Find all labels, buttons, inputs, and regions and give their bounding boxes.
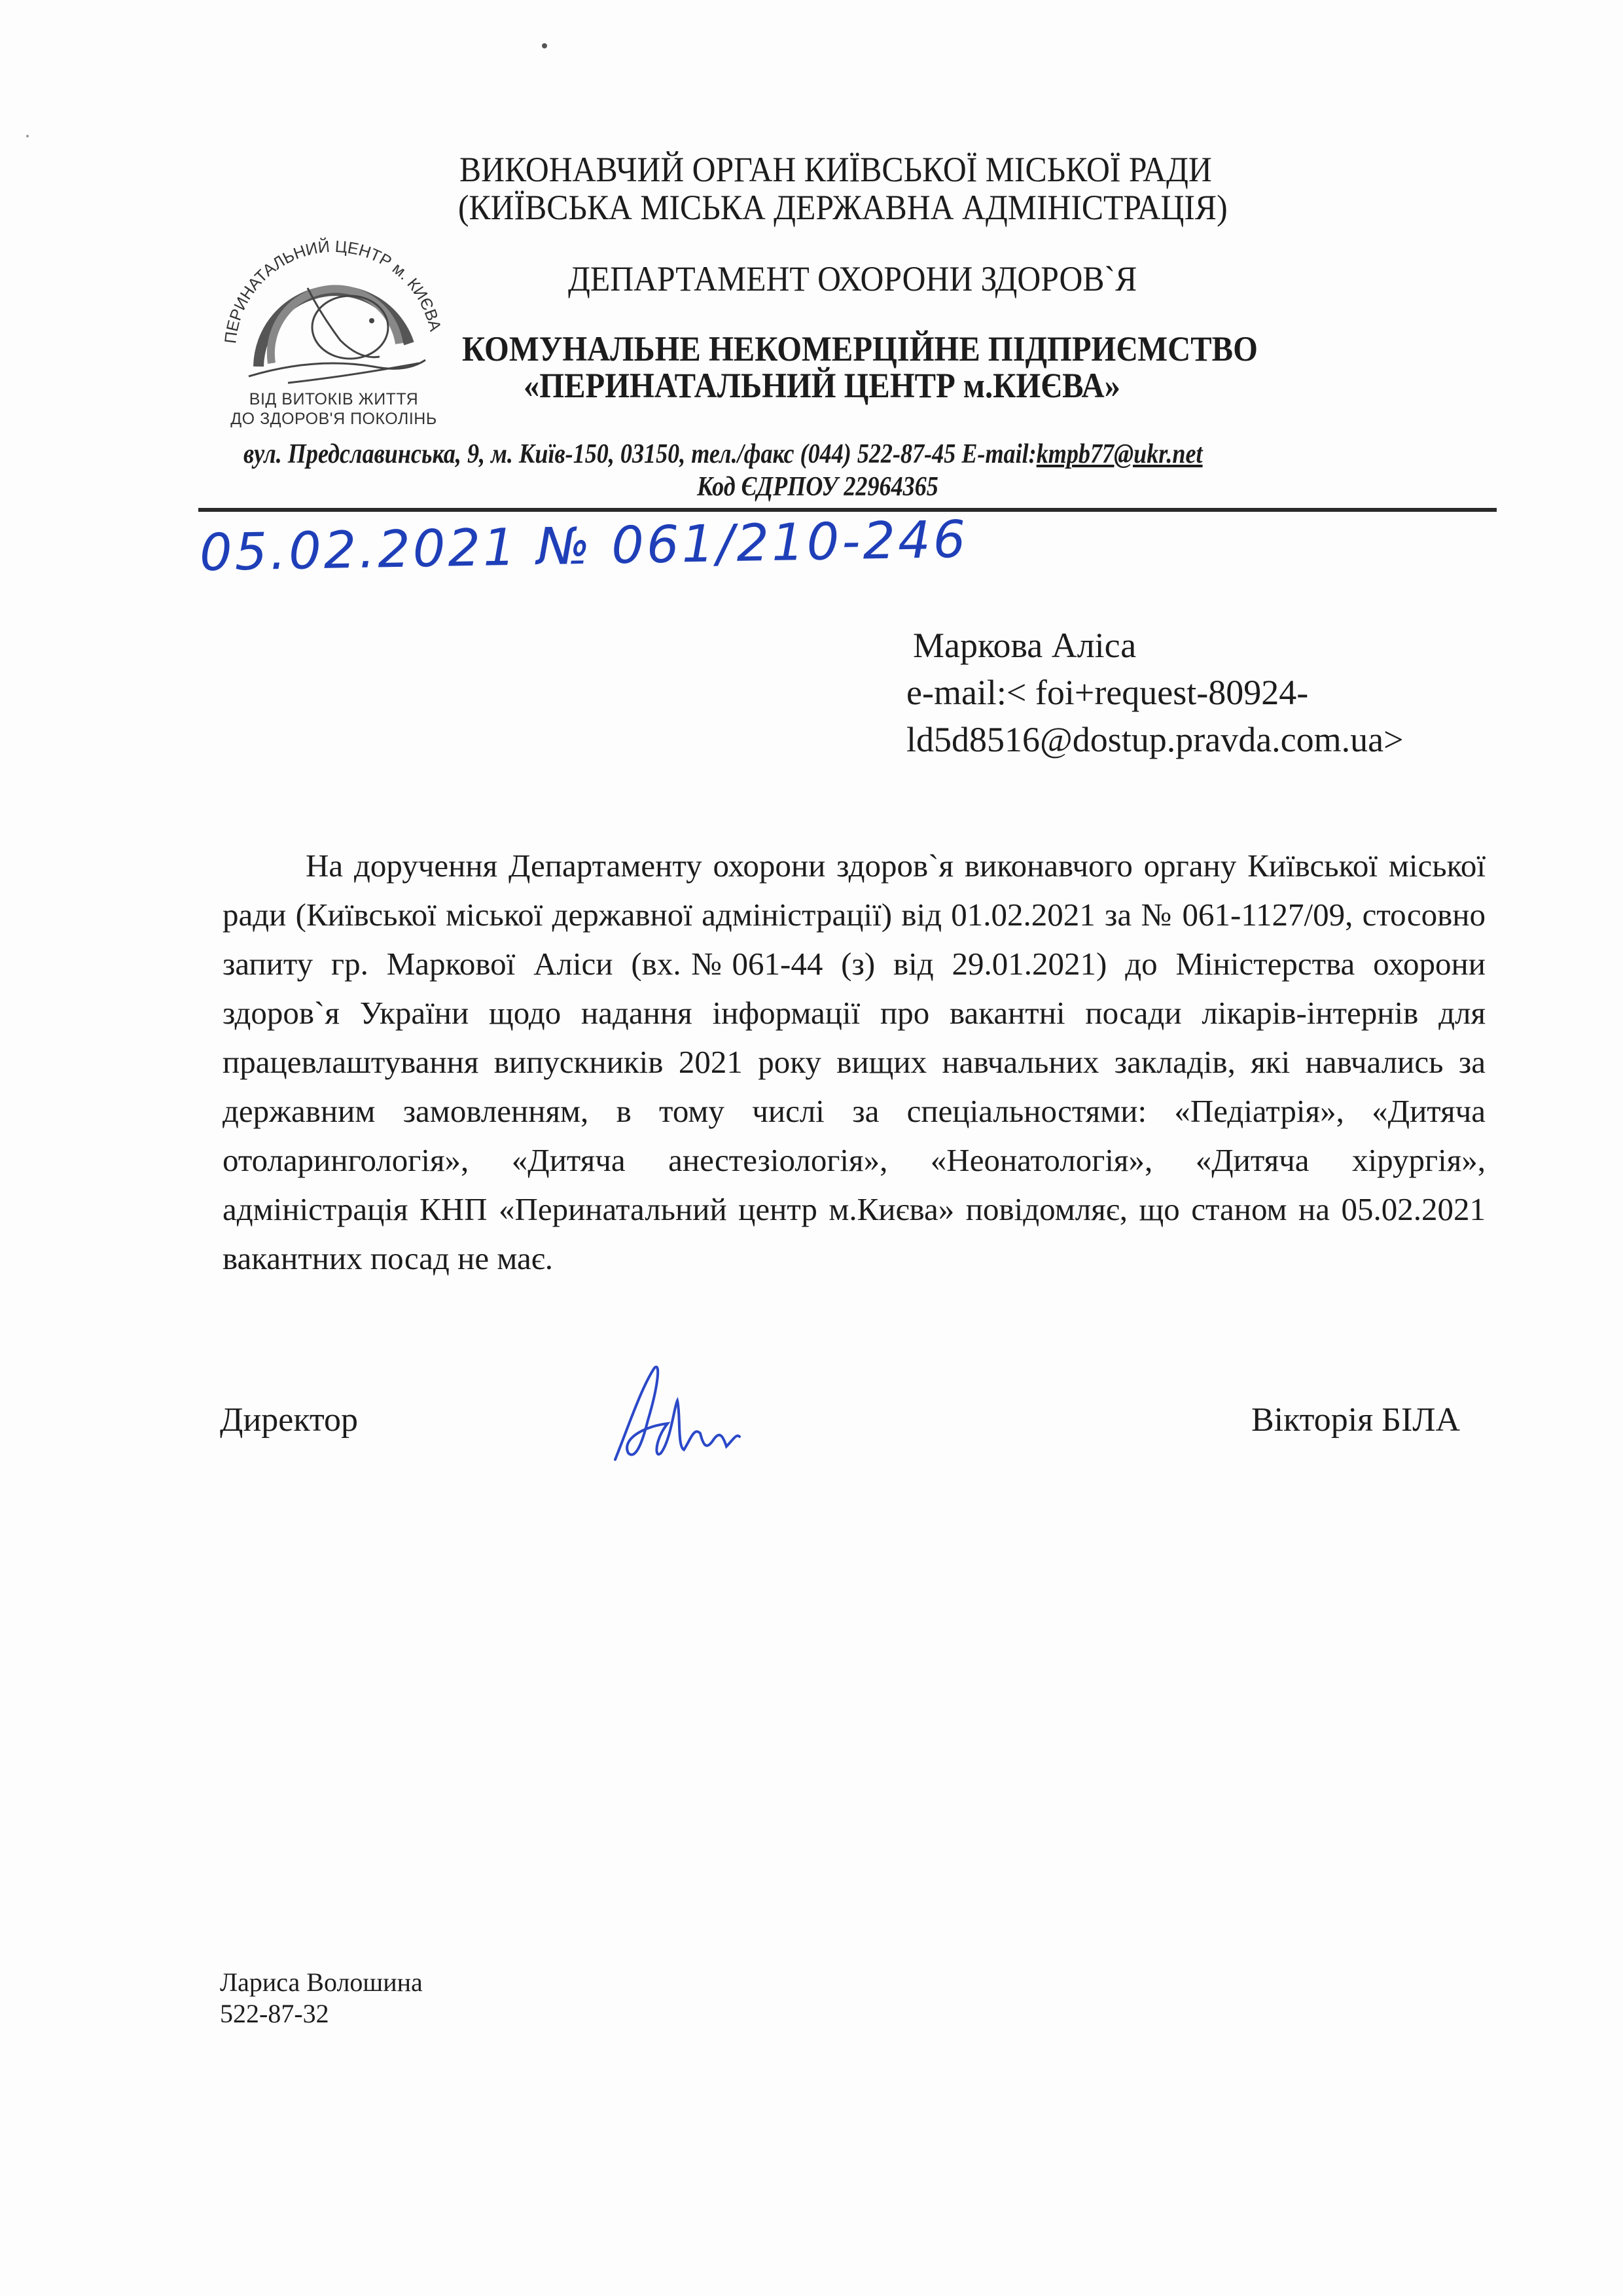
org-line2: «ПЕРИНАТАЛЬНИЙ ЦЕНТР м.КИЄВА» [524, 367, 1120, 405]
executor-block: Лариса Волошина 522-87-32 [220, 1967, 423, 2030]
signature-icon [589, 1361, 811, 1473]
scan-speck [26, 135, 29, 137]
org-email-link[interactable]: kmpb77@ukr.net [1037, 439, 1203, 469]
logo-caption-line1: ВІД ВИТОКІВ ЖИТТЯ [209, 389, 458, 409]
recipient-block: Маркова Аліса e-mail:< foi+request-80924… [906, 622, 1404, 763]
recipient-name: Маркова Аліса [906, 622, 1404, 669]
signatory-title: Директор [220, 1401, 358, 1439]
signatory-name: Вікторія БІЛА [1251, 1401, 1460, 1439]
logo-caption-line2: ДО ЗДОРОВ'Я ПОКОЛІНЬ [209, 409, 458, 429]
logo-caption: ВІД ВИТОКІВ ЖИТТЯ ДО ЗДОРОВ'Я ПОКОЛІНЬ [209, 389, 458, 429]
department-title: ДЕПАРТАМЕНТ ОХОРОНИ ЗДОРОВ`Я [568, 260, 1137, 298]
address-line: вул. Предславинська, 9, м. Київ-150, 031… [243, 439, 1203, 470]
edrpou-code: Код ЄДРПОУ 22964365 [697, 471, 938, 503]
registration-number: 05.02.2021 № 061/210-246 [199, 511, 969, 583]
header-line2: (КИЇВСЬКА МІСЬКА ДЕРЖАВНА АДМІНІСТРАЦІЯ) [458, 188, 1228, 227]
executor-name: Лариса Волошина [220, 1967, 423, 1998]
address-text: вул. Предславинська, 9, м. Київ-150, 031… [243, 439, 1037, 469]
recipient-email-line2: ld5d8516@dostup.pravda.com.ua> [906, 716, 1404, 763]
perinatal-center-logo-icon: ПЕРИНАТАЛЬНИЙ ЦЕНТР м. КИЄВА [209, 209, 458, 386]
logo: ПЕРИНАТАЛЬНИЙ ЦЕНТР м. КИЄВА ВІД ВИТОКІВ… [209, 209, 458, 425]
letter-body: На доручення Департаменту охорони здоров… [223, 841, 1486, 1283]
header-divider [198, 508, 1497, 512]
scan-speck [542, 43, 547, 48]
executor-phone: 522-87-32 [220, 1998, 423, 2030]
header-line1: ВИКОНАВЧИЙ ОРГАН КИЇВСЬКОЇ МІСЬКОЇ РАДИ [459, 151, 1212, 189]
recipient-email-line1: e-mail:< foi+request-80924- [906, 669, 1404, 716]
org-line1: КОМУНАЛЬНЕ НЕКОМЕРЦІЙНЕ ПІДПРИЄМСТВО [462, 330, 1258, 368]
